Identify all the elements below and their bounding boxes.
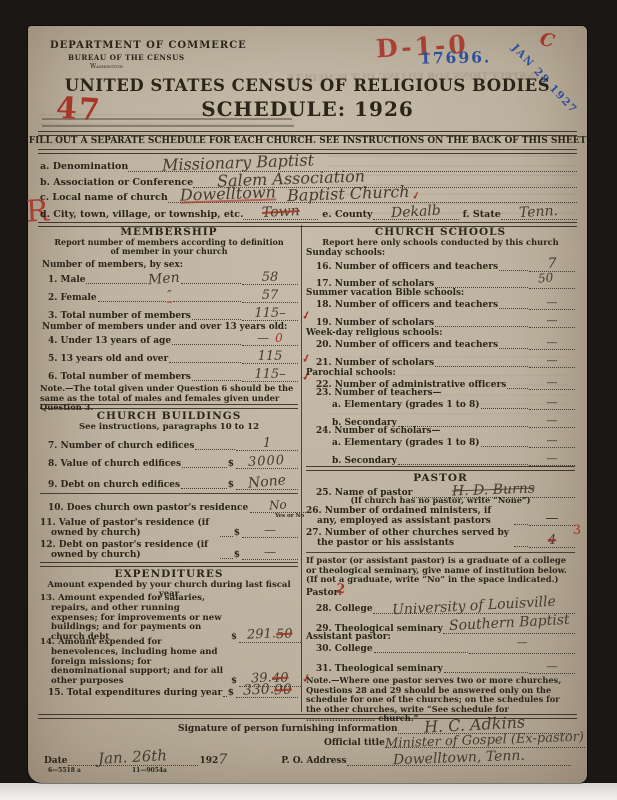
divider <box>40 404 298 409</box>
q11-row: 11. Value of pastor's residence (if owne… <box>40 518 298 538</box>
q22-value-box: — <box>529 378 575 390</box>
q5-value-box: 115✓ <box>242 351 298 364</box>
left-column: MEMBERSHIP Report number of members acco… <box>40 222 298 714</box>
q24b-row: b. Secondary — <box>306 454 575 466</box>
q27-label: 27. Number of other churches served by t… <box>306 528 513 548</box>
leader-dots <box>195 446 235 450</box>
q15-label: 15. Total expenditures during year <box>40 688 222 698</box>
q13-label: 13. Amount expended for salaries, repair… <box>40 594 229 643</box>
church-name-value-part2: Baptist Church <box>287 185 410 202</box>
leader-dots <box>398 461 528 465</box>
church-name-label: c. Local name of church <box>40 192 168 203</box>
leader-dots <box>220 555 233 559</box>
q20-label: 20. Number of officers and teachers <box>306 340 498 350</box>
leader-dots <box>223 693 227 697</box>
q18-row: 18. Number of officers and teachers — <box>306 298 575 310</box>
dollar-sign: $ <box>228 459 234 469</box>
q19-row: 19. Number of scholars — <box>306 316 575 328</box>
q23b-value: — <box>547 414 558 427</box>
q11-value: — <box>264 523 276 537</box>
leader-dots <box>514 543 528 547</box>
leader-dots <box>507 385 528 389</box>
q16-row: 16. Number of officers and teachers 7 <box>306 258 575 272</box>
q4-label: 4. Under 13 years of age <box>40 336 171 346</box>
church-name-line: Dowelltown Baptist Church ✓ <box>168 187 577 203</box>
q3-label: 3. Total number of members <box>40 311 191 321</box>
q18-value-box: — <box>529 298 575 310</box>
washington-line: Washington <box>90 63 123 70</box>
q15-value: 330. <box>242 683 274 697</box>
q27-value-box: 43 <box>529 535 575 548</box>
q8-value: 3000 <box>248 455 286 468</box>
q30-value-box: — <box>469 642 575 654</box>
q7-value-box: 1 <box>236 438 298 451</box>
q24a-value: — <box>547 434 558 447</box>
bureau-line: BUREAU OF THE CENSUS <box>68 53 185 62</box>
membership-subtitle: Report number of members according to de… <box>50 238 288 256</box>
leader-dots <box>192 316 241 320</box>
leader-dots <box>435 363 528 367</box>
leader-dots <box>220 533 233 537</box>
q5-value: 115 <box>258 349 283 364</box>
q4-value: 0 <box>275 331 283 345</box>
q7-value: 1 <box>263 436 271 451</box>
q2-label: 2. Female <box>40 293 97 303</box>
dollar-sign: $ <box>228 480 234 490</box>
q26-value-box: — <box>529 513 575 526</box>
photo-of-census-form: { "colors": {"annotation_red": "#a23325"… <box>0 0 617 800</box>
serial-number-stamp: 17696. <box>420 47 492 67</box>
leader-dots <box>181 280 241 284</box>
q2-ditto-mark: ″ <box>167 290 171 303</box>
leader-dots <box>481 443 528 447</box>
q27-corrected-value: 3 <box>573 525 581 536</box>
q1-value: 58 <box>262 270 279 285</box>
parochial-schools-heading: Parochial schools: <box>306 368 396 378</box>
q23a-row: a. Elementary (grades 1 to 8) — <box>306 398 575 410</box>
q17-value-box: 50 <box>529 276 575 289</box>
q9-label: 9. Debt on church edifices <box>40 480 180 490</box>
q3-value: 115– <box>254 306 285 321</box>
q24b-value-box: — <box>529 454 575 466</box>
form-title: UNITED STATES CENSUS OF RELIGIOUS BODIES <box>28 76 587 95</box>
schedule-title: SCHEDULE: 1926 <box>28 97 587 121</box>
state-line: Tenn. <box>501 206 577 220</box>
q19-value-box: — <box>529 316 575 328</box>
q31-value: — <box>547 660 558 673</box>
red-tick-mark: C <box>538 29 557 53</box>
banner-instruction: FILL OUT A SEPARATE SCHEDULE FOR EACH CH… <box>28 136 587 146</box>
county-line: Dekalb <box>373 206 459 220</box>
q18-label: 18. Number of officers and teachers <box>306 300 498 310</box>
year-written: 7 <box>218 754 227 766</box>
leader-dots <box>481 405 528 409</box>
q2-row: 2. Female ″ 57 <box>40 290 298 303</box>
q8-row: 8. Value of church edifices $ 3000 <box>40 456 298 469</box>
q10-value-box: NoYes or No <box>250 500 306 513</box>
right-column: CHURCH SCHOOLS Report here only schools … <box>306 222 575 714</box>
leader-dots <box>499 345 528 349</box>
q5-label: 5. 13 years old and over <box>40 354 168 364</box>
q2-value-box: 57 <box>242 290 298 303</box>
q9-value-box: None <box>236 476 298 490</box>
q1-label: 1. Male <box>40 275 85 285</box>
leader-dots <box>374 649 469 653</box>
q20-row: 20. Number of officers and teachers — <box>306 338 575 350</box>
q29-value: Southern Baptist <box>448 614 569 632</box>
q22-value: — <box>547 376 558 389</box>
sex-group-heading: Number of members, by sex: <box>42 260 183 270</box>
q23a-value: — <box>547 396 558 409</box>
county-label: e. County <box>322 209 372 220</box>
q15-value-box: 330.90✓ <box>236 684 298 698</box>
official-title-label: Official title <box>324 738 385 748</box>
q21-label: 21. Number of scholars <box>306 358 434 368</box>
date-value: Jan. 26th <box>98 749 167 765</box>
city-value: Town <box>262 205 300 219</box>
date-po-row: Date Jan. 26th 192 7 P. O. Address Dowel… <box>44 751 571 766</box>
q1-value-box: 58 <box>242 272 298 285</box>
q10-row: 10. Does church own pastor's residence N… <box>40 500 298 513</box>
q28-label: 28. College <box>306 604 373 614</box>
q12-label: 12. Debt on pastor's residence (if owned… <box>40 540 219 560</box>
dollar-sign: $ <box>234 528 240 538</box>
q7-label: 7. Number of church edifices <box>40 441 194 451</box>
summer-schools-heading: Summer vacation Bible schools: <box>306 288 464 298</box>
city-label: d. City, town, village, or township, etc… <box>40 209 243 220</box>
age-group-heading: Number of members under and over 13 year… <box>42 322 287 332</box>
q12-value: — <box>264 545 276 559</box>
q31-label: 31. Theological seminary <box>306 664 443 674</box>
census-schedule-document: INSTRUCTIONS FOR FILLING OUT SCHEDULE DE… <box>28 26 587 783</box>
q10-value: No <box>269 500 287 512</box>
form-number-2: 11—9054a <box>132 767 167 774</box>
leader-dots <box>172 341 241 345</box>
q29-value-box: Southern Baptist <box>443 620 575 634</box>
dollar-sign: $ <box>228 688 234 698</box>
q21-row: 21. Number of scholars — <box>306 356 575 368</box>
leader-dots <box>499 305 528 309</box>
red-pastor-mark: 2 <box>335 581 346 597</box>
graduate-instruction: If pastor (or assistant pastor) is a gra… <box>306 556 575 585</box>
leader-dots <box>444 669 528 673</box>
state-label: f. State <box>463 209 501 220</box>
column-divider <box>301 225 302 712</box>
q31-row: 31. Theological seminary — <box>306 662 575 674</box>
official-title-row: Official title Minister of Gospel (Ex-pa… <box>324 735 585 748</box>
dollar-sign: $ <box>234 550 240 560</box>
year-printed: 192 <box>200 756 219 766</box>
county-value: Dekalb <box>390 205 440 220</box>
department-line: DEPARTMENT OF COMMERCE <box>50 40 247 51</box>
official-title-value: Minister of Gospel (Ex-pastor) <box>385 732 584 750</box>
q24b-value: — <box>547 452 558 465</box>
q5-row: 5. 13 years old and over 115✓ <box>40 351 298 364</box>
church-buildings-heading: CHURCH BUILDINGS <box>40 410 298 422</box>
q27-row: 27. Number of other churches served by t… <box>306 528 575 548</box>
q4-dash: — <box>257 331 269 345</box>
q24a-value-box: — <box>529 436 575 448</box>
q20-value-box: — <box>529 338 575 350</box>
city-line: Town <box>243 206 318 220</box>
q6-value-box: 115–✓ <box>242 369 298 382</box>
leader-dots <box>98 298 166 302</box>
divider <box>306 466 575 471</box>
q1-row: 1. Male Men 58 <box>40 272 298 285</box>
q30-label: 30. College <box>306 644 373 654</box>
leader-dots <box>181 485 227 489</box>
q9-row: 9. Debt on church edifices $ None <box>40 476 298 490</box>
q24a-label: a. Elementary (grades 1 to 8) <box>306 438 480 448</box>
q14-label: 14. Amount expended for benevolences, in… <box>40 638 229 687</box>
q1-handwritten-note: Men <box>147 272 180 287</box>
church-name-row: c. Local name of church Dowelltown Bapti… <box>40 187 577 203</box>
po-address-line: Dowelltown, Tenn. <box>347 752 571 766</box>
q4-row: 4. Under 13 years of age —0 <box>40 333 298 346</box>
signature-value: H. C. Adkins <box>423 715 525 733</box>
leader-dots <box>182 464 227 468</box>
q19-label: 19. Number of scholars <box>306 318 434 328</box>
q26-row: 26. Number of ordained ministers, if any… <box>306 506 575 526</box>
q21-value: — <box>547 354 558 367</box>
q28-row: 28. College University of Louisville <box>306 600 575 614</box>
red-check-mark: ✓ <box>411 190 421 203</box>
q23b-value-box: — <box>529 416 575 428</box>
q11-label: 11. Value of pastor's residence (if owne… <box>40 518 219 538</box>
q14-row: 14. Amount expended for benevolences, in… <box>40 638 298 687</box>
q28-value-box: University of Louisville <box>373 600 575 614</box>
date-label: Date <box>44 756 68 766</box>
church-schools-subtitle: Report here only schools conducted by th… <box>306 238 575 247</box>
q12-row: 12. Debt on pastor's residence (if owned… <box>40 540 298 560</box>
q18-value: — <box>547 296 558 309</box>
divider <box>40 562 298 567</box>
q31-value-box: — <box>529 662 575 674</box>
denomination-label: a. Denomination <box>40 161 128 172</box>
q6-label: 6. Total number of members <box>40 372 191 382</box>
q3-value-box: 115–✓ <box>242 308 298 321</box>
q17-value: 50 <box>538 272 554 284</box>
q23a-value-box: — <box>529 398 575 410</box>
q21-value-box: — <box>529 356 575 368</box>
q24b-label: b. Secondary <box>306 456 397 466</box>
leader-dots <box>499 267 528 271</box>
q26-value: — <box>546 511 558 525</box>
signature-label: Signature of person furnishing informati… <box>178 724 398 734</box>
q15-row: 15. Total expenditures during year $ 330… <box>40 684 298 698</box>
leader-dots <box>86 280 146 284</box>
table-surface <box>0 783 617 800</box>
sunday-schools-heading: Sunday schools: <box>306 248 385 258</box>
divider <box>40 493 298 494</box>
leader-dots <box>192 377 241 381</box>
po-address-value: Dowelltown, Tenn. <box>393 750 525 767</box>
q3-row: 3. Total number of members 115–✓ <box>40 308 298 321</box>
form-number-1: 6—5518 a <box>48 767 81 774</box>
q24-label: 24. Number of scholars— <box>316 426 440 436</box>
church-buildings-subtitle: See instructions, paragraphs 10 to 12 <box>40 423 298 432</box>
q2-value: 57 <box>262 288 279 303</box>
q13-row: 13. Amount expended for salaries, repair… <box>40 594 298 643</box>
state-value: Tenn. <box>519 205 559 219</box>
church-name-value-part1: Dowelltown <box>180 185 276 203</box>
q25-caption: (If church has no pastor, write “None”) <box>306 496 575 505</box>
leader-dots <box>435 323 528 327</box>
q30-value: — <box>517 636 528 649</box>
q10-label: 10. Does church own pastor's residence <box>40 503 248 513</box>
official-title-line: Minister of Gospel (Ex-pastor) <box>385 735 585 748</box>
q23a-label: a. Elementary (grades 1 to 8) <box>306 400 480 410</box>
q30-row: 30. College — <box>306 642 575 654</box>
q6-value: 115– <box>254 367 285 382</box>
q6-row: 6. Total number of members 115–✓ <box>40 369 298 382</box>
q23-label: 23. Number of teachers— <box>316 388 441 398</box>
q8-value-box: 3000 <box>236 456 298 469</box>
expenditures-heading: EXPENDITURES <box>40 568 298 580</box>
q4-value-box: —0 <box>242 333 298 346</box>
q24a-row: a. Elementary (grades 1 to 8) — <box>306 436 575 448</box>
leader-dots <box>173 298 241 302</box>
q12-value-box: — <box>242 547 298 560</box>
q27-crossed-value: 4 <box>548 533 556 548</box>
leader-dots <box>514 521 528 525</box>
leader-dots <box>169 359 241 363</box>
q15-cents: 90 <box>273 684 291 697</box>
city-county-state-row: d. City, town, village, or township, etc… <box>40 206 577 220</box>
q7-row: 7. Number of church edifices 1 <box>40 438 298 451</box>
q9-value: None <box>248 474 287 489</box>
po-address-label: P. O. Address <box>281 756 346 766</box>
q11-value-box: — <box>242 525 298 538</box>
date-line: Jan. 26th <box>68 751 198 766</box>
q20-value: — <box>547 336 558 349</box>
q19-value: — <box>547 314 558 327</box>
divider <box>306 552 575 553</box>
assistant-pastor-subheading: Assistant pastor: <box>306 632 391 642</box>
q16-label: 16. Number of officers and teachers <box>306 262 498 272</box>
q8-label: 8. Value of church edifices <box>40 459 181 469</box>
q26-label: 26. Number of ordained ministers, if any… <box>306 506 513 526</box>
weekday-schools-heading: Week-day religious schools: <box>306 328 442 338</box>
